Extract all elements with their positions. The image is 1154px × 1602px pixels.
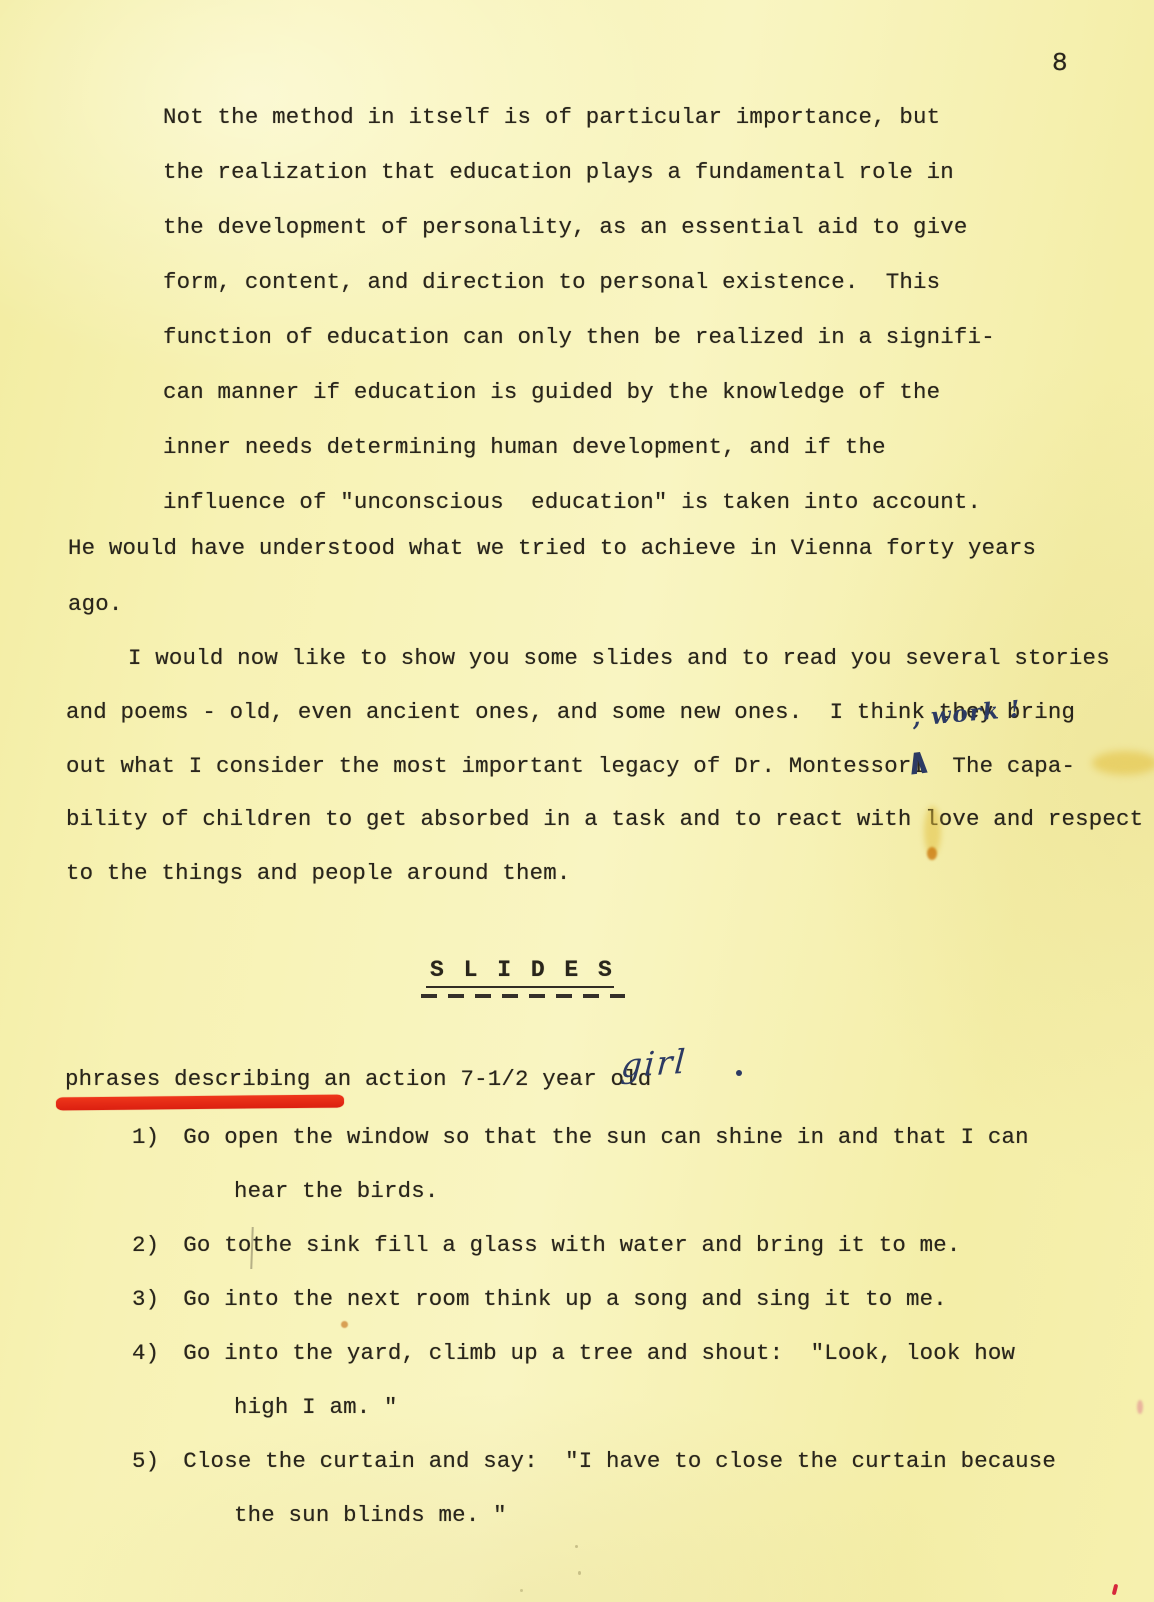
list-item-text: Go into the yard, climb up a tree and sh…	[183, 1340, 1015, 1366]
list-item-5-continuation: the sun blinds me. "	[234, 1502, 507, 1529]
quote-line-6: can manner if education is guided by the…	[163, 379, 940, 406]
paper-speck	[341, 1321, 348, 1328]
list-number: 3)	[132, 1286, 159, 1312]
paper-stain	[927, 847, 937, 860]
body-line: I would now like to show you some slides…	[128, 645, 1110, 672]
red-marker-underline	[56, 1094, 344, 1110]
body-line: ago.	[68, 591, 123, 618]
handwritten-girl: girl	[620, 1042, 689, 1086]
quote-line-2: the realization that education plays a f…	[163, 159, 954, 186]
handwritten-period-dot	[736, 1070, 742, 1076]
list-item-1: 1)Go open the window so that the sun can…	[132, 1124, 1029, 1151]
document-page: 8 Not the method in itself is of particu…	[0, 0, 1154, 1602]
list-item-4: 4)Go into the yard, climb up a tree and …	[132, 1340, 1015, 1367]
list-item-4-continuation: high I am. "	[234, 1394, 398, 1421]
paper-speck	[1137, 1400, 1143, 1414]
slides-heading: S L I D E S	[430, 957, 615, 984]
list-number: 4)	[132, 1340, 159, 1366]
quote-line-3: the development of personality, as an es…	[163, 214, 968, 241]
quote-line-4: form, content, and direction to personal…	[163, 269, 940, 296]
quote-line-7: inner needs determining human developmen…	[163, 434, 886, 461]
list-item-text: Go into the next room think up a song an…	[183, 1286, 947, 1312]
list-item-2: 2)Go tothe sink fill a glass with water …	[132, 1232, 961, 1259]
list-number: 2)	[132, 1232, 159, 1258]
quote-line-1: Not the method in itself is of particula…	[163, 104, 940, 131]
list-item-text: Go open the window so that the sun can s…	[183, 1124, 1028, 1150]
heading-underline-dashed	[421, 994, 625, 998]
list-item-5: 5)Close the curtain and say: "I have to …	[132, 1448, 1056, 1475]
insertion-caret-mark: ∧	[902, 738, 933, 785]
list-item-1-continuation: hear the birds.	[234, 1178, 439, 1205]
list-item-text: Go tothe sink fill a glass with water an…	[183, 1232, 960, 1258]
list-item-text: Close the curtain and say: "I have to cl…	[183, 1448, 1056, 1474]
quote-line-5: function of education can only then be r…	[163, 324, 995, 351]
list-item-3: 3)Go into the next room think up a song …	[132, 1286, 947, 1313]
body-line: to the things and people around them.	[66, 860, 571, 887]
list-number: 5)	[132, 1448, 159, 1474]
paper-speck	[520, 1589, 523, 1592]
typed-segment-before-caret: out what I consider the most important l…	[66, 753, 925, 779]
body-line: He would have understood what we tried t…	[68, 535, 1036, 562]
typed-segment-after-caret: The capa-	[925, 753, 1075, 779]
paper-speck	[1112, 1584, 1119, 1596]
paper-stain	[1092, 751, 1154, 775]
list-number: 1)	[132, 1124, 159, 1150]
body-line: bility of children to get absorbed in a …	[66, 806, 1143, 833]
quote-line-8: influence of "unconscious education" is …	[163, 489, 981, 516]
heading-underline-solid	[426, 986, 614, 988]
paper-speck	[578, 1571, 581, 1575]
paper-speck	[575, 1545, 578, 1548]
phrase-line: phrases describing an action 7-1/2 year …	[65, 1066, 651, 1093]
page-number: 8	[1052, 50, 1068, 77]
